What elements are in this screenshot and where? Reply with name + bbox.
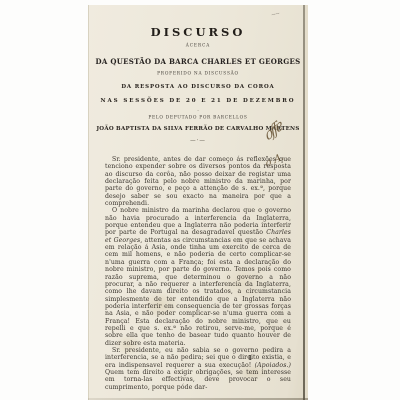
subtitle-proferido: PROFERIDO NA DISCUSSÃO [130,71,266,76]
scan-background: ∼∼ DISCURSO ÁCERCA DA QUESTÃO DA BARCA C… [0,0,400,400]
paragraph-2-text: O nobre ministro da marinha declarou que… [105,207,291,236]
body-paragraph-1: Sr. presidente, antes de dar começo ás r… [105,156,291,207]
ornament-dot: · [88,108,308,114]
body-paragraph-3: Sr. presidente, eu não sabia se o govern… [105,347,291,391]
subtitle-resposta: DA RESPOSTA AO DISCURSO DA COROA [88,84,308,90]
paragraph-2-text: , attentas as circumstancias em que se a… [105,237,291,347]
subtitle-acerca: ÁCERCA [132,43,264,48]
subtitle-main: DA QUESTÃO DA BARCA CHARLES ET GEORGES [88,57,308,66]
page-number: 1 [240,354,260,362]
body-paragraph-2: O nobre ministro da marinha declarou que… [105,207,291,347]
body-text: Sr. presidente, antes de dar começo ás r… [105,156,291,391]
page-right-edge-shadow [303,5,305,400]
byline-deputado: PELO DEPUTADO POR BARCELLOS [130,115,266,120]
page-right-margin [305,5,308,400]
page-left-edge [88,5,89,400]
document-title: DISCURSO [88,25,308,39]
book-page: ∼∼ DISCURSO ÁCERCA DA QUESTÃO DA BARCA C… [88,5,308,400]
pencil-mark: ∼∼ [270,10,279,19]
subtitle-sessoes: NAS SESSÕES DE 20 E 21 DE DEZEMBRO [88,98,308,104]
apoiados-italic: (Apoiados.) [255,362,291,369]
paragraph-3-text: Quem tem direito a exigir obrigações, se… [105,369,291,391]
